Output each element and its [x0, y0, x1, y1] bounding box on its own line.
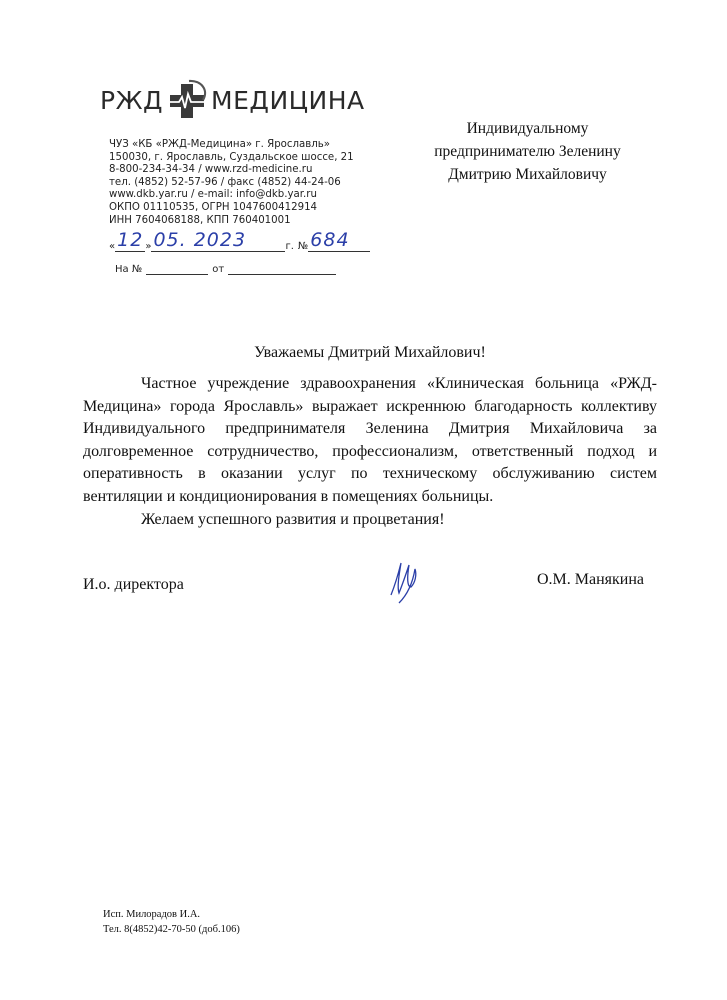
addressee-line: предпринимателю Зеленину: [395, 140, 660, 163]
organization-details: ЧУЗ «КБ «РЖД-Медицина» г. Ярославль» 150…: [109, 139, 354, 227]
org-line: 150030, г. Ярославль, Суздальское шоссе,…: [109, 152, 354, 165]
org-line: ОКПО 01110535, ОГРН 1047600412914: [109, 202, 354, 215]
logo-text-medicina: МЕДИЦИНА: [211, 86, 365, 115]
addressee-block: Индивидуальному предпринимателю Зеленину…: [395, 117, 660, 186]
letter-date-number: « 12 » 05. 2023 г. № 684: [109, 228, 370, 252]
executor-footer: Исп. Милорадов И.А. Тел. 8(4852)42-70-50…: [103, 907, 240, 937]
reference-line: На № от: [115, 264, 340, 275]
body-paragraph: Желаем успешного развития и процветания!: [83, 509, 657, 532]
date-month-year: 05. 2023: [151, 229, 285, 252]
reference-date-blank: [228, 264, 336, 275]
date-day: 12: [115, 229, 145, 252]
reference-from-label: от: [212, 264, 224, 275]
reference-number-blank: [146, 264, 208, 275]
signatory-title: И.о. директора: [83, 576, 184, 594]
logo-text-rzd: РЖД: [100, 86, 163, 115]
executor-phone: Тел. 8(4852)42-70-50 (доб.106): [103, 922, 240, 937]
letter-body: Частное учреждение здравоохранения «Клин…: [83, 373, 657, 531]
org-line: www.dkb.yar.ru / e-mail: info@dkb.yar.ru: [109, 189, 354, 202]
body-paragraph: Частное учреждение здравоохранения «Клин…: [83, 373, 657, 509]
number-label: №: [298, 241, 308, 252]
org-line: 8-800-234-34-34 / www.rzd-medicine.ru: [109, 164, 354, 177]
handwritten-signature-icon: [385, 557, 425, 607]
greeting: Уважаемы Дмитрий Михайлович!: [80, 344, 660, 362]
addressee-line: Дмитрию Михайловичу: [395, 163, 660, 186]
year-suffix: г.: [285, 241, 293, 252]
org-line: тел. (4852) 52-57-96 / факс (4852) 44-24…: [109, 177, 354, 190]
org-line: ЧУЗ «КБ «РЖД-Медицина» г. Ярославль»: [109, 139, 354, 152]
reference-label: На №: [115, 264, 142, 275]
org-line: ИНН 7604068188, КПП 760401001: [109, 215, 354, 228]
signatory-name: О.М. Манякина: [537, 571, 644, 589]
executor-name: Исп. Милорадов И.А.: [103, 907, 240, 922]
addressee-line: Индивидуальному: [395, 117, 660, 140]
letter-number: 684: [308, 229, 370, 252]
company-logo: РЖД МЕДИЦИНА: [100, 78, 365, 122]
medical-cross-icon: [165, 78, 209, 122]
